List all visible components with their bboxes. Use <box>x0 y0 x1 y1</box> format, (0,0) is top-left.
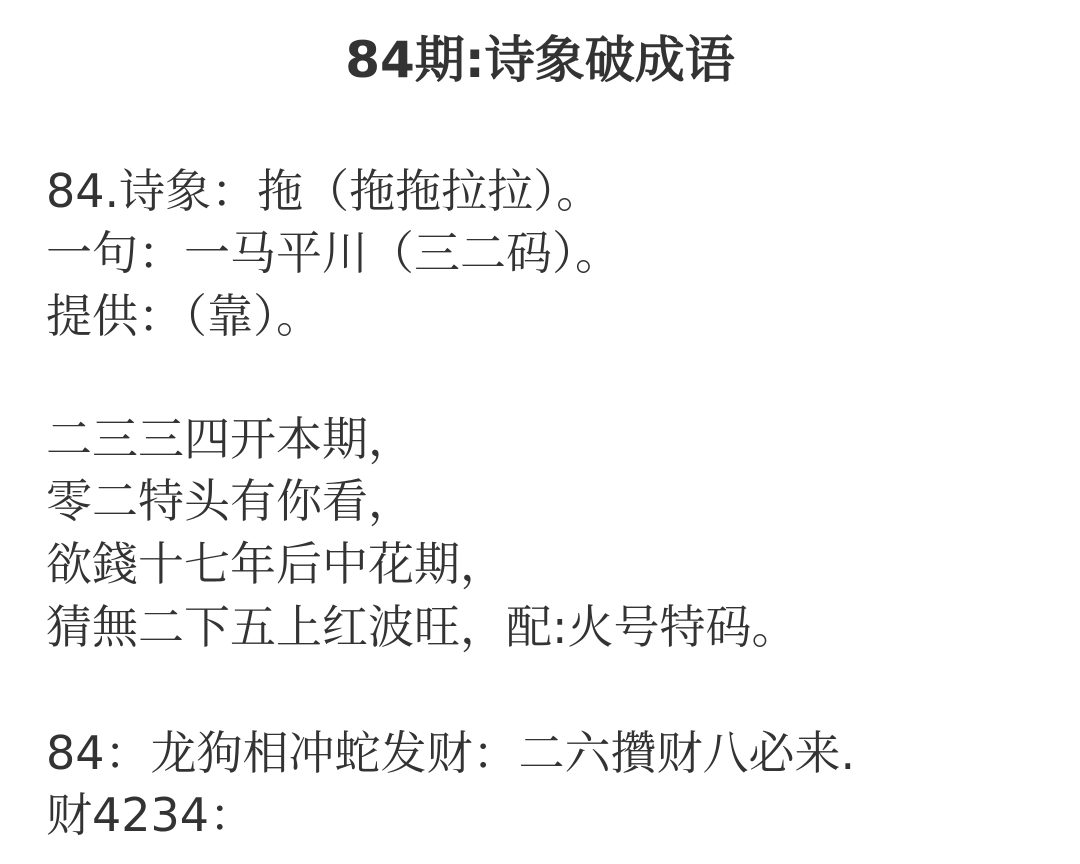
page-title: 84期:诗象破成语 <box>0 22 1080 98</box>
riddle-line: 84.诗象：拖（拖拖拉拉）。 <box>46 160 602 222</box>
poem-line: 零二特头有你看， <box>46 470 414 532</box>
poem-line: 二三三四开本期， <box>46 408 414 470</box>
poem-line: 猜無二下五上红波旺，配:火号特码。 <box>46 596 798 658</box>
summary-line: 财4234： <box>46 784 255 846</box>
provider-line: 提供：（靠）。 <box>46 285 322 347</box>
hint-line: 一句：一马平川（三二码）。 <box>46 222 621 284</box>
summary-line: 84：龙狗相冲蛇发财：二六攢财八必来. <box>46 722 855 784</box>
poem-line: 欲錢十七年后中花期， <box>46 533 506 595</box>
